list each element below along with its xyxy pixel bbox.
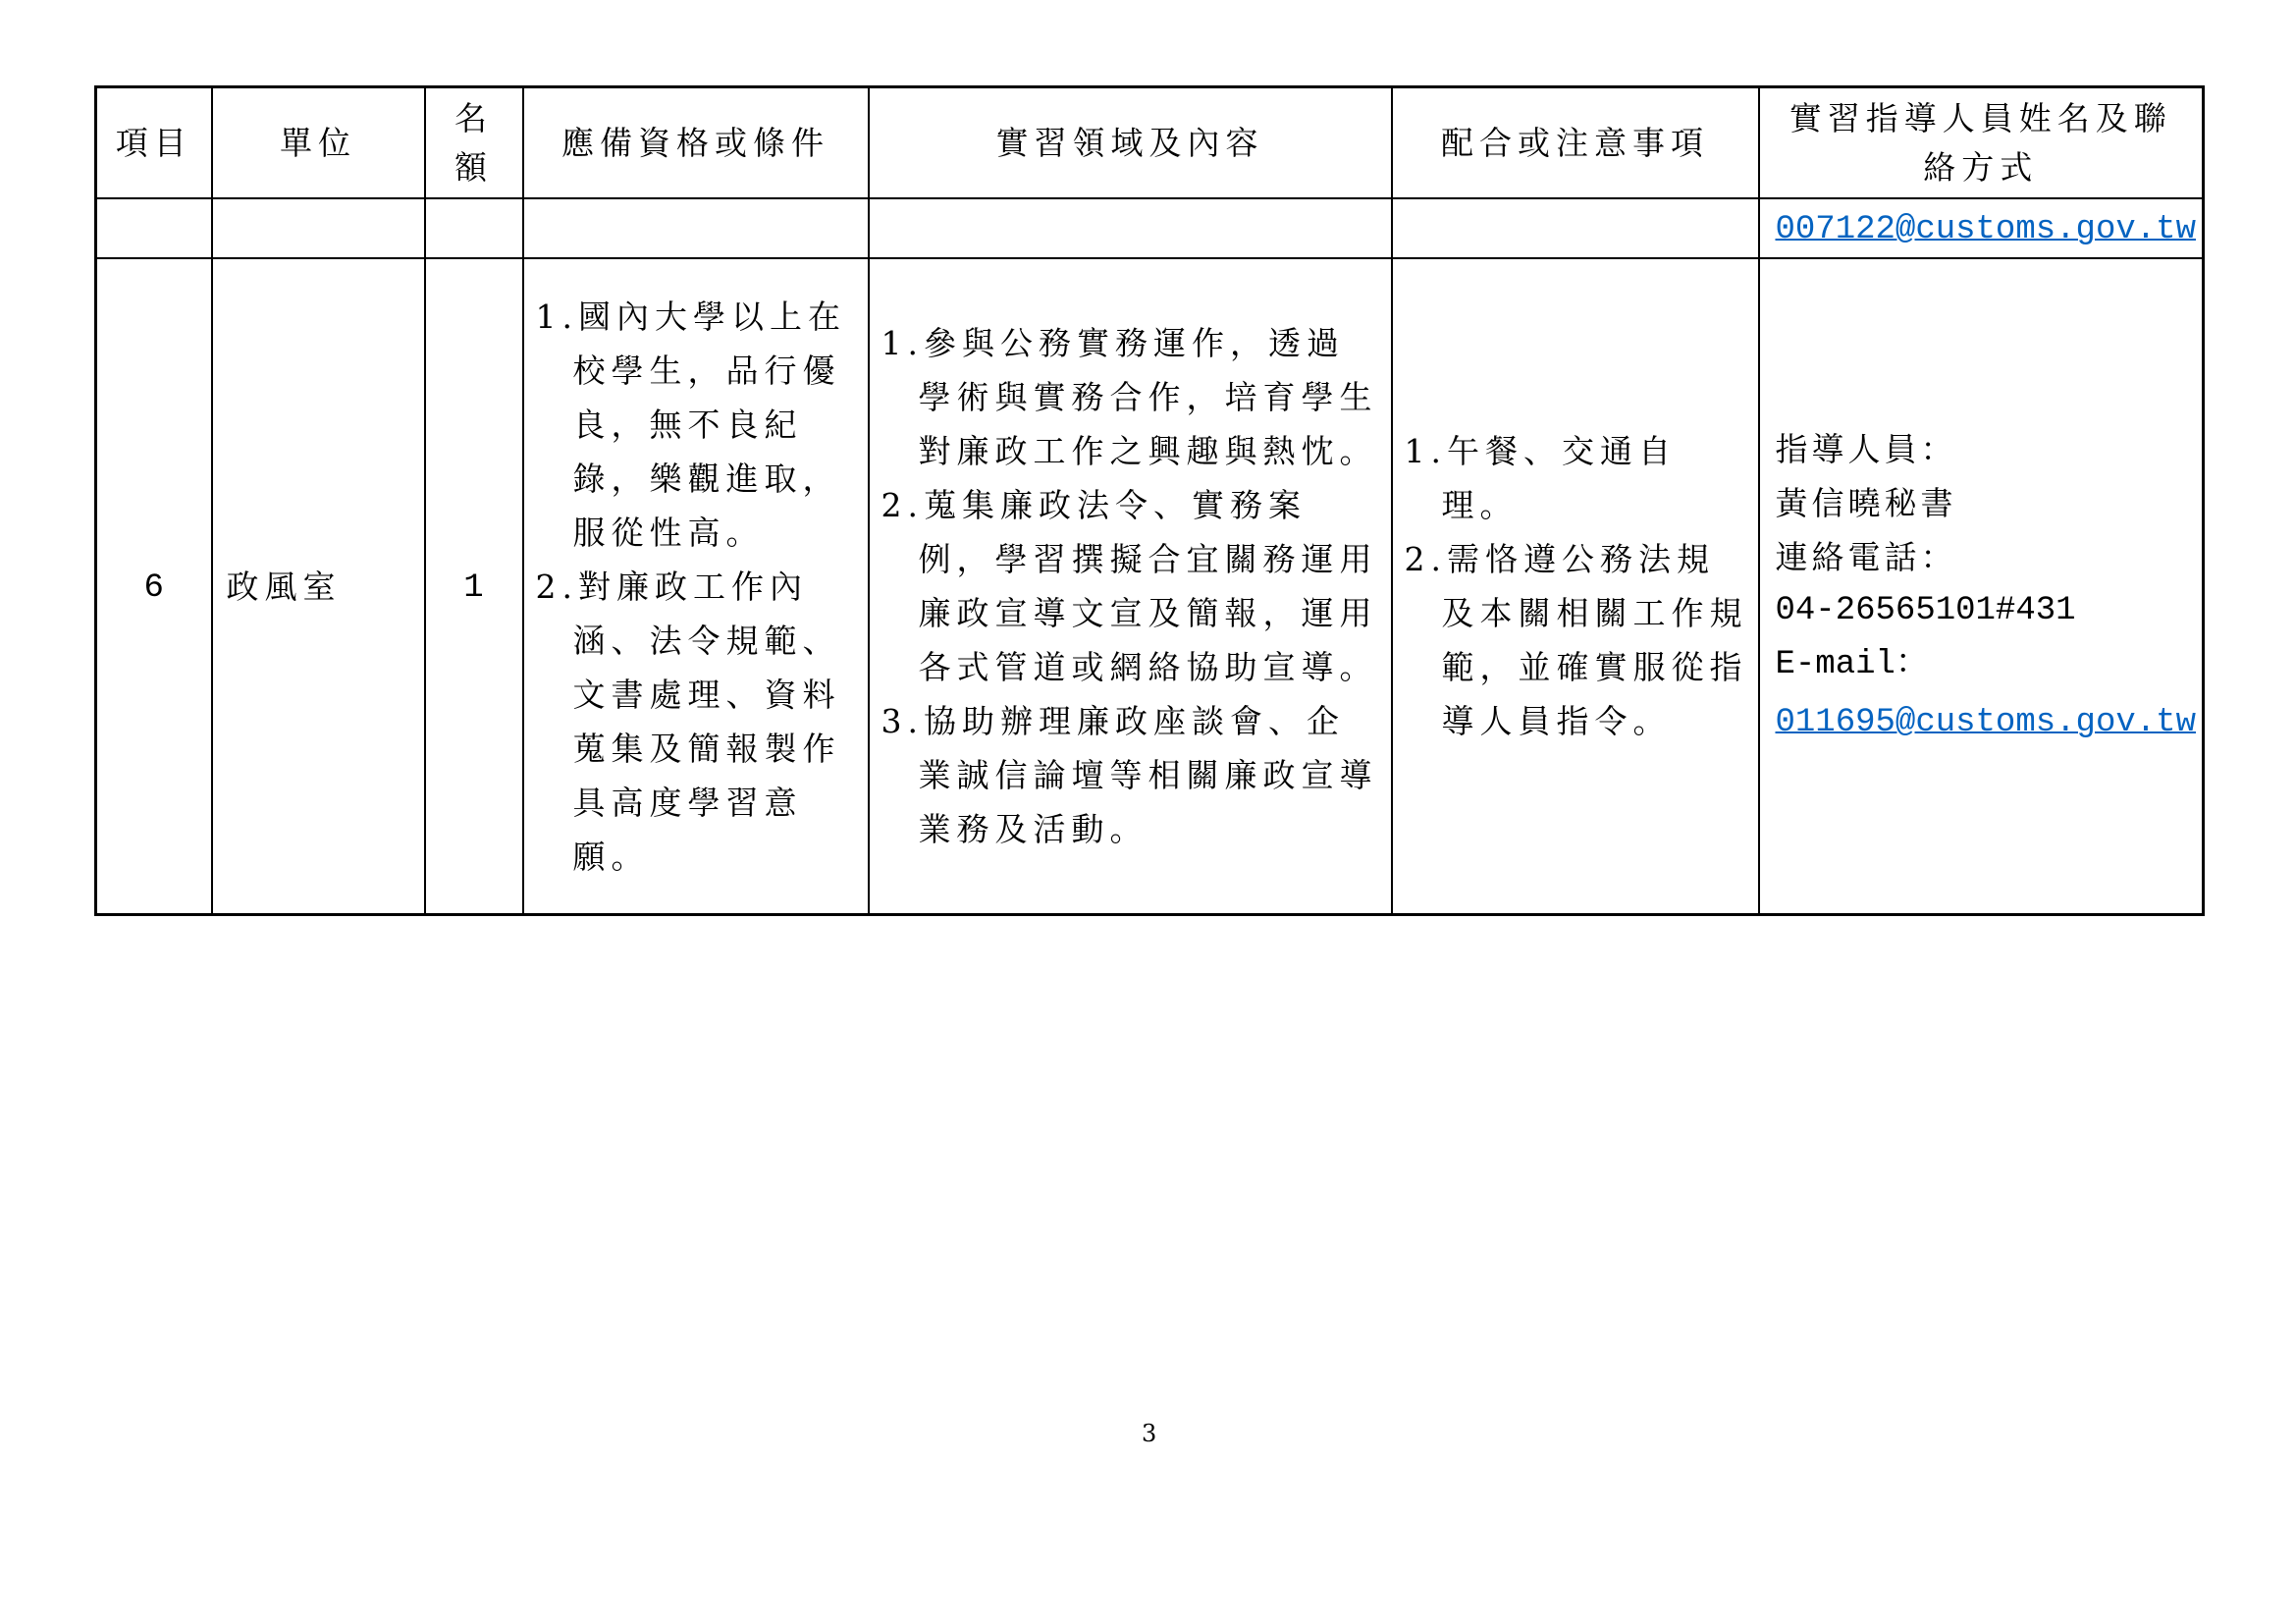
cell-notes: 1.午餐、交通自理。 2.需恪遵公務法規及本關相關工作規範，並確實服從指導人員指… bbox=[1392, 258, 1759, 915]
cell-empty bbox=[96, 198, 212, 258]
cell-internship-content: 1.參與公務實務運作，透過學術與實務合作，培育學生對廉政工作之興趣與熱忱。 2.… bbox=[869, 258, 1392, 915]
header-row: 項目 單位 名額 應備資格或條件 實習領域及內容 配合或注意事項 實習指導人員姓… bbox=[96, 87, 2204, 199]
page-number: 3 bbox=[1142, 1420, 1156, 1447]
cell-supervisor-contact: 指導人員： 黃信曉秘書 連絡電話： 04-26565101#431 E-mail… bbox=[1759, 258, 2204, 915]
phone-label: 連絡電話： bbox=[1776, 530, 2203, 584]
prev-supervisor-email-link[interactable]: 007122@customs.gov.tw bbox=[1776, 211, 2196, 248]
email-label: E-mail： bbox=[1776, 638, 2203, 692]
quota-value: 1 bbox=[463, 569, 483, 607]
header-supervisor-contact-label: 實習指導人員姓名及聯絡方式 bbox=[1760, 94, 2203, 192]
header-quota: 名額 bbox=[425, 87, 523, 199]
qualification-item: 1.國內大學以上在校學生，品行優良，無不良紀錄，樂觀進取，服從性高。 bbox=[536, 290, 858, 560]
cell-empty bbox=[523, 198, 869, 258]
supervisor-label: 指導人員： bbox=[1776, 422, 2203, 476]
cell-prev-email: 007122@customs.gov.tw bbox=[1759, 198, 2204, 258]
cell-empty bbox=[425, 198, 523, 258]
cell-empty bbox=[1392, 198, 1759, 258]
phone-number: 04-26565101#431 bbox=[1776, 584, 2203, 638]
header-item: 項目 bbox=[96, 87, 212, 199]
content-item: 2.蒐集廉政法令、實務案例，學習撰擬合宜關務運用廉政宣導文宣及簡報，運用各式管道… bbox=[881, 478, 1381, 694]
header-unit: 單位 bbox=[212, 87, 425, 199]
content-item: 1.參與公務實務運作，透過學術與實務合作，培育學生對廉政工作之興趣與熱忱。 bbox=[881, 316, 1381, 478]
content-item: 3.協助辦理廉政座談會、企業誠信論壇等相關廉政宣導業務及活動。 bbox=[881, 694, 1381, 856]
qualification-item: 2.對廉政工作內涵、法令規範、文書處理、資料蒐集及簡報製作具高度學習意願。 bbox=[536, 560, 858, 884]
header-internship-content: 實習領域及內容 bbox=[869, 87, 1392, 199]
note-item: 1.午餐、交通自理。 bbox=[1405, 424, 1748, 532]
cell-empty bbox=[869, 198, 1392, 258]
supervisor-name: 黃信曉秘書 bbox=[1776, 476, 2203, 530]
cell-empty bbox=[212, 198, 425, 258]
cell-unit: 政風室 bbox=[212, 258, 425, 915]
cell-qualifications: 1.國內大學以上在校學生，品行優良，無不良紀錄，樂觀進取，服從性高。 2.對廉政… bbox=[523, 258, 869, 915]
cell-item: 6 bbox=[96, 258, 212, 915]
header-qualifications: 應備資格或條件 bbox=[523, 87, 869, 199]
table-row: 6 政風室 1 1.國內大學以上在校學生，品行優良，無不良紀錄，樂觀進取，服從性… bbox=[96, 258, 2204, 915]
item-number: 6 bbox=[144, 569, 164, 607]
note-item: 2.需恪遵公務法規及本關相關工作規範，並確實服從指導人員指令。 bbox=[1405, 532, 1748, 748]
header-quota-label: 名額 bbox=[454, 94, 494, 192]
cell-quota: 1 bbox=[425, 258, 523, 915]
internship-table: 項目 單位 名額 應備資格或條件 實習領域及內容 配合或注意事項 實習指導人員姓… bbox=[94, 85, 2205, 916]
header-supervisor-contact: 實習指導人員姓名及聯絡方式 bbox=[1759, 87, 2204, 199]
supervisor-email-link[interactable]: 011695@customs.gov.tw bbox=[1776, 704, 2196, 741]
header-notes: 配合或注意事項 bbox=[1392, 87, 1759, 199]
continued-row: 007122@customs.gov.tw bbox=[96, 198, 2204, 258]
